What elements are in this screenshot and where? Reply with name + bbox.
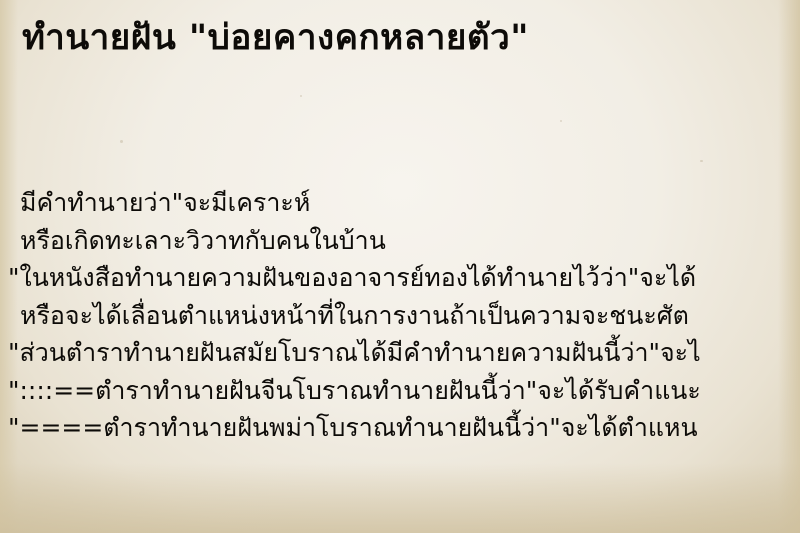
paper-speck xyxy=(300,95,302,97)
interpretation-text: มีคำทำนายว่า"จะมีเคราะห์ หรือเกิดทะเลาะว… xyxy=(0,184,800,447)
text-line: "ในหนังสือทำนายความฝันของอาจารย์ทองได้ทำ… xyxy=(0,259,800,297)
text-line: หรือจะได้เลื่อนตำแหน่งหน้าที่ในการงานถ้า… xyxy=(0,297,800,335)
parchment-edge-bottom xyxy=(0,463,800,533)
paper-speck xyxy=(560,120,562,122)
page-title: ทำนายฝัน "บ่อยคางคกหลายตัว" xyxy=(22,17,529,59)
text-line: "::::==ตำราทำนายฝันจีนโบราณทำนายฝันนี้ว่… xyxy=(0,372,800,410)
paper-speck xyxy=(700,160,703,162)
paper-speck xyxy=(120,140,123,143)
text-line: มีคำทำนายว่า"จะมีเคราะห์ xyxy=(0,184,800,222)
text-line: หรือเกิดทะเลาะวิวาทกับคนในบ้าน xyxy=(0,222,800,260)
text-line: "ส่วนตำราทำนายฝันสมัยโบราณได้มีคำทำนายคว… xyxy=(0,334,800,372)
text-line: "====ตำราทำนายฝันพม่าโบราณทำนายฝันนี้ว่า… xyxy=(0,409,800,447)
